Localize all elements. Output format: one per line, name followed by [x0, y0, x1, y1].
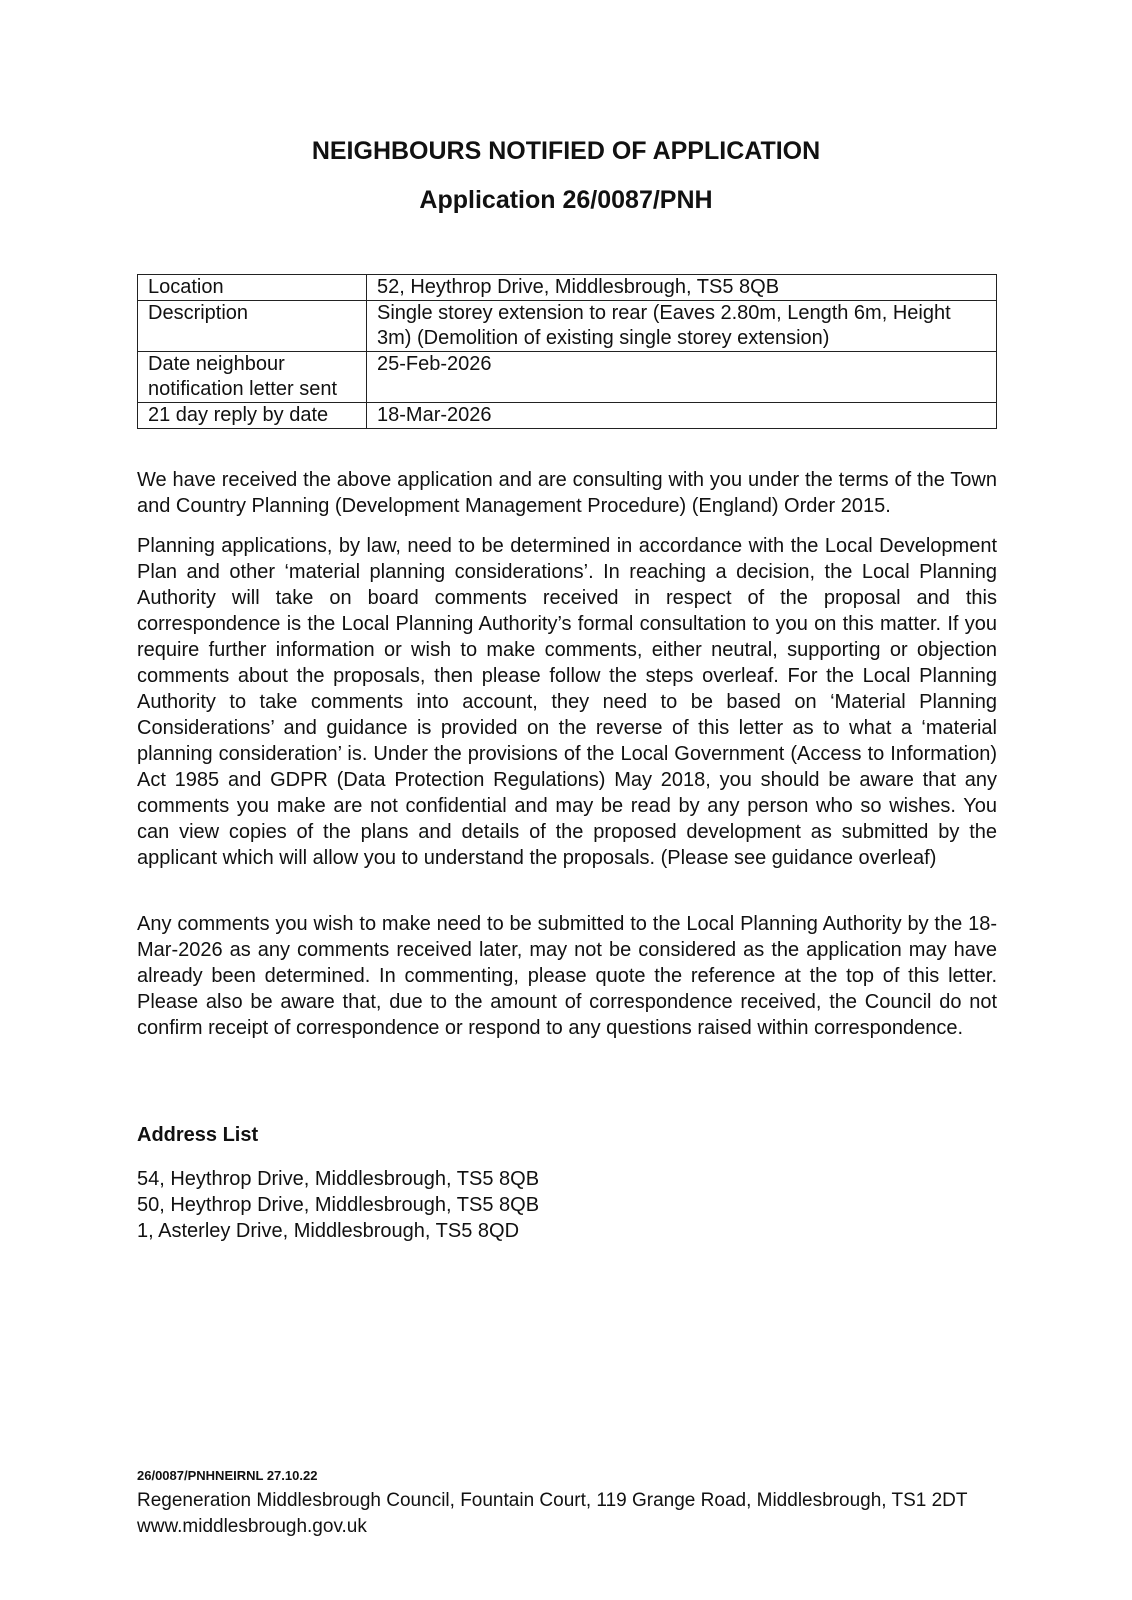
list-item: 54, Heythrop Drive, Middlesbrough, TS5 8…: [137, 1166, 539, 1192]
table-row: Location 52, Heythrop Drive, Middlesbrou…: [138, 275, 997, 301]
notification-date-label: Date neighbour notification letter sent: [138, 352, 367, 403]
footer: Regeneration Middlesbrough Council, Foun…: [137, 1488, 968, 1540]
location-value: 52, Heythrop Drive, Middlesbrough, TS5 8…: [367, 275, 997, 301]
website-link[interactable]: www.middlesbrough.gov.uk: [137, 1514, 968, 1540]
address-list: 54, Heythrop Drive, Middlesbrough, TS5 8…: [137, 1166, 539, 1244]
planning-guidance-paragraph: Planning applications, by law, need to b…: [137, 533, 997, 871]
council-address: Regeneration Middlesbrough Council, Foun…: [137, 1488, 968, 1514]
footer-reference: 26/0087/PNHNEIRNL 27.10.22: [137, 1468, 317, 1483]
document-title: NEIGHBOURS NOTIFIED OF APPLICATION: [0, 137, 1132, 166]
description-label: Description: [138, 301, 367, 352]
comments-deadline-paragraph: Any comments you wish to make need to be…: [137, 911, 997, 1041]
reply-by-date-label: 21 day reply by date: [138, 403, 367, 429]
address-list-heading: Address List: [137, 1124, 258, 1147]
table-row: 21 day reply by date 18-Mar-2026: [138, 403, 997, 429]
application-details-table: Location 52, Heythrop Drive, Middlesbrou…: [137, 274, 997, 429]
notification-date-value: 25-Feb-2026: [367, 352, 997, 403]
list-item: 1, Asterley Drive, Middlesbrough, TS5 8Q…: [137, 1218, 539, 1244]
table-row: Date neighbour notification letter sent …: [138, 352, 997, 403]
list-item: 50, Heythrop Drive, Middlesbrough, TS5 8…: [137, 1192, 539, 1218]
application-reference: Application 26/0087/PNH: [0, 186, 1132, 215]
consultation-paragraph: We have received the above application a…: [137, 467, 997, 519]
reply-by-date-value: 18-Mar-2026: [367, 403, 997, 429]
table-row: Description Single storey extension to r…: [138, 301, 997, 352]
description-value: Single storey extension to rear (Eaves 2…: [367, 301, 997, 352]
location-label: Location: [138, 275, 367, 301]
